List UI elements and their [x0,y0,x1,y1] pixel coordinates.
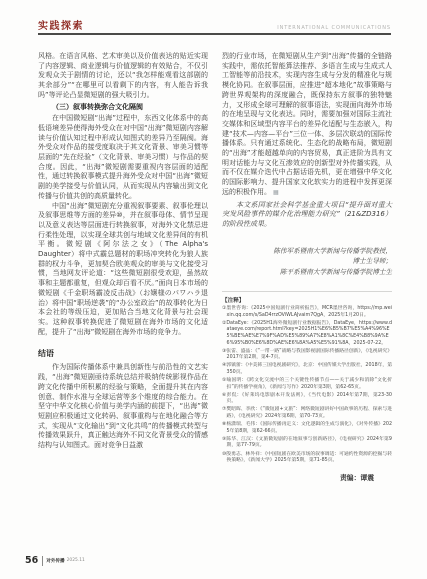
paragraph: 在中国微短剧“出海”过程中，东西文化体系中的高低语境差异使得海外受众在对中国“出… [38,114,208,201]
conclusion-paragraph: 作为国际传播体系中兼具创新性与前沿性的文艺实践，“出海”微短剧亟待系统总结并吸纳… [38,363,208,450]
note-item: ③张雷、盛晶：《“一带一路”战略与我国影视剧国际传播路径创新》，《电视研究》20… [222,349,392,362]
note-item: ④郭镇蕾：《中美韩三国电视剧研究》，北京：中国传媒大学出版社，2018年，第35… [222,363,392,376]
page-number: 56 [25,555,38,566]
journal-name-english: INTERNATIONAL COMMUNICATIONS [277,25,391,31]
note-item: ⑩殷勇志、林外祥：《中国短剧在欧美市场的叙事调适：可通约性资源的挖掘与转换策略》… [222,452,392,465]
right-column: 烈的行业市场，在微短剧从生产到“出海”传播的全链路实践中，需依托智能算法推荐、多… [222,52,392,482]
header-rule [38,33,391,35]
paragraph-continuation: 烈的行业市场，在微短剧从生产到“出海”传播的全链路实践中，需依托智能算法推荐、多… [222,52,392,198]
paragraph-continuation: 风格。在语言风格、艺术审美以及价值表达的贴近实现了内容逻辑、商业逻辑与价值逻辑的… [38,52,208,101]
journal-name: 对外传播 [46,558,64,564]
issue-number: 2025.11 [67,558,85,563]
responsible-editor: 责编：谭震 [222,472,374,482]
footer-divider [42,556,43,566]
notes-heading: 【注释】 [222,296,392,304]
journal-page: 实践探索 INTERNATIONAL COMMUNICATIONS 风格。在语言… [0,0,427,579]
note-item: ⑤喻国明：《跨文化交流中的三个关键性传播节点——关于减少和消除“文化折扣”的传播… [222,378,392,391]
note-item: ⑨陈华、江汉：《文旅微短剧的在地叙事与创新路径》，《电视研究》2024年第9期，… [222,437,392,450]
note-item: ①墨世咨询：《2025中国短剧行业简析报告》，MCR墨世咨询，https://m… [222,306,392,319]
page-footer: 56 对外传播 2025.11 [25,555,85,566]
note-item: ②DataEye：《2025H1海外微短剧行业数据报告》，DataEye，htt… [222,321,392,347]
notes-section: 【注释】 ①墨世咨询：《2025中国短剧行业简析报告》，MCR墨世咨询，http… [222,291,392,465]
funding-note: 本文系国家社会科学基金重大项目“提升面对重大突发风险事件的媒介化治理能力研究”（… [222,201,392,230]
note-item: ⑧杨潇瑞、毛伟：《国际传播再定义：文化逻辑的生成与演化》，《对外传播》2025年… [222,422,392,435]
author-credits: 陈伟军系暨南大学新闻与传播学院教授， 博士生导师； 陈平系暨南大学新闻与传播学院… [222,246,392,278]
paragraph: 中国“出海”微短剧充分重视叙事要素、叙事伦理以及叙事思维等方面的差异⑩，并在叙事… [38,202,208,338]
author-line: 博士生导师； [222,256,392,267]
note-item: ⑦樊昭晖、李欣：《“微短剧+文旅”：网络微短剧讲好中国故事的历程、探索与进路》，… [222,407,392,420]
conclusion-heading: 结语 [38,348,208,359]
paragraph-text: 烈的行业市场，在微短剧从生产到“出海”传播的全链路实践中，需依托智能算法推荐、多… [222,52,392,196]
article-body: 风格。在语言风格、艺术审美以及价值表达的贴近实现了内容逻辑、商业逻辑与价值逻辑的… [38,52,392,482]
author-line: 陈伟军系暨南大学新闻与传播学院教授， [222,246,392,257]
author-line: 陈平系暨南大学新闻与传播学院博士生 [222,267,392,278]
subsection-heading: （三）叙事转换弥合文化隔阂 [38,103,208,113]
end-of-article-icon: ▦ [273,188,279,198]
left-column: 风格。在语言风格、艺术审美以及价值表达的贴近实现了内容逻辑、商业逻辑与价值逻辑的… [38,52,208,451]
section-label: 实践探索 [38,17,84,32]
note-item: ⑥彭侃：《好莱坞电影剧本开发法则》，《当代电影》2014年第7期，第23-30页… [222,393,392,406]
page-header: 实践探索 INTERNATIONAL COMMUNICATIONS [38,19,391,33]
